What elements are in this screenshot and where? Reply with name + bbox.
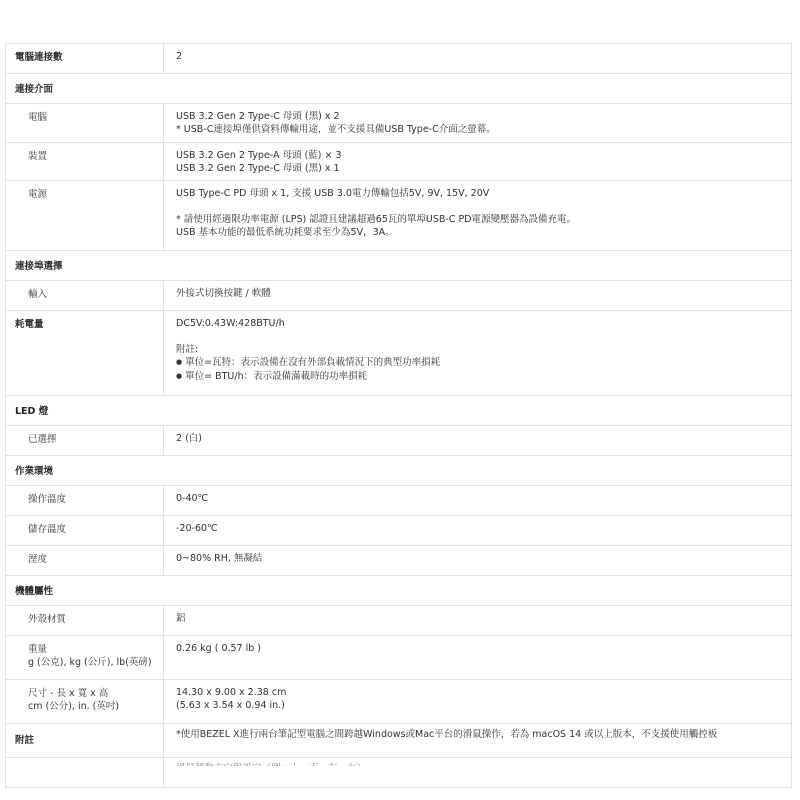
value-line: USB Type-C PD 母頭 x 1, 支援 USB 3.0電力傳輸包括5V… (176, 187, 791, 200)
row-label: 尺寸 - 長 x 寬 x 高 cm (公分), in. (英吋) (6, 680, 163, 713)
row-notes: 附註 *使用BEZEL X進行兩台筆記型電腦之間跨越Windows或Mac平台的… (6, 724, 792, 758)
row-op-temp: 操作溫度 0-40℃ (6, 486, 792, 516)
label-sub: cm (公分), in. (英吋) (28, 700, 163, 713)
group-label: LED 燈 (6, 396, 791, 418)
row-label: 裝置 (6, 143, 163, 163)
row-label: 電腦 (6, 104, 163, 124)
row-value: USB 3.2 Gen 2 Type-A 母頭 (藍) × 3 USB 3.2 … (164, 143, 791, 175)
group-physical: 機體屬性 (6, 576, 792, 606)
row-label: 重量 g (公克), kg (公斤), lb(英磅) (6, 636, 163, 669)
group-label: 作業環境 (6, 456, 791, 478)
row-value: DC5V:0.43W:428BTU/h 附註: 單位=瓦特：表示設備在沒有外部負… (164, 311, 791, 384)
value-line: 14.30 x 9.00 x 2.38 cm (176, 686, 791, 699)
value-line: * USB-C連接埠僅供資料傳輸用途，並不支援具備USB Type-C介面之螢幕… (176, 123, 791, 136)
value-line: * 請使用經過限功率電源 (LPS) 認證且建議超過65瓦的單埠USB-C PD… (176, 213, 791, 226)
row-label: 儲存溫度 (6, 516, 163, 536)
row-value: 0-40℃ (164, 486, 791, 505)
row-label: 電源 (6, 181, 163, 201)
value-line: USB 3.2 Gen 2 Type-C 母頭 (黑) x 1 (176, 162, 791, 175)
row-value: *使用BEZEL X進行兩台筆記型電腦之間跨越Windows或Mac平台的滑鼠操… (164, 724, 791, 741)
label-main: 尺寸 - 長 x 寬 x 高 (28, 687, 163, 700)
group-label: 連接介面 (6, 74, 791, 96)
row-dimensions: 尺寸 - 長 x 寬 x 高 cm (公分), in. (英吋) 14.30 x… (6, 680, 792, 724)
spec-table: 電腦連接數 2 連接介面 電腦 USB 3.2 Gen 2 Type-C 母頭 … (5, 43, 792, 788)
row-input: 輸入 外接式切換按鍵 / 軟體 (6, 281, 792, 311)
row-label: 溼度 (6, 546, 163, 566)
row-value: 0.26 kg ( 0.57 lb ) (164, 636, 791, 655)
bullet-item: 單位= BTU/h：表示設備滿載時的功率損耗 (176, 370, 791, 384)
row-label: 輸入 (6, 281, 163, 301)
row-label: 外殼材質 (6, 606, 163, 626)
row-humidity: 溼度 0~80% RH, 無凝結 (6, 546, 792, 576)
row-value: 2 (白) (164, 426, 791, 445)
group-label: 機體屬性 (6, 576, 791, 598)
row-label: 電腦連接數 (6, 44, 163, 64)
label-main: 重量 (28, 643, 163, 656)
row-computer: 電腦 USB 3.2 Gen 2 Type-C 母頭 (黑) x 2 * USB… (6, 104, 792, 143)
group-interface: 連接介面 (6, 74, 792, 104)
row-notes-continued: 滑鼠移動方向與設定（例：上、下、左、右） (6, 758, 792, 788)
value-line: (5.63 x 3.54 x 0.94 in.) (176, 699, 791, 712)
note-title: 附註: (176, 343, 791, 356)
row-label: 操作溫度 (6, 486, 163, 506)
row-storage-temp: 儲存溫度 -20-60℃ (6, 516, 792, 546)
value-line: USB 基本功能的最低系統功耗要求至少為5V，3A。 (176, 226, 791, 239)
row-value: USB Type-C PD 母頭 x 1, 支援 USB 3.0電力傳輸包括5V… (164, 181, 791, 239)
row-value: 外接式切換按鍵 / 軟體 (164, 281, 791, 300)
row-value: 14.30 x 9.00 x 2.38 cm (5.63 x 3.54 x 0.… (164, 680, 791, 712)
row-value: -20-60℃ (164, 516, 791, 535)
row-value: 2 (164, 44, 791, 63)
row-computer-count: 電腦連接數 2 (6, 44, 792, 74)
row-value: 0~80% RH, 無凝結 (164, 546, 791, 565)
row-power-consumption: 耗電量 DC5V:0.43W:428BTU/h 附註: 單位=瓦特：表示設備在沒… (6, 311, 792, 396)
row-housing: 外殼材質 鋁 (6, 606, 792, 636)
row-value: USB 3.2 Gen 2 Type-C 母頭 (黑) x 2 * USB-C連… (164, 104, 791, 136)
row-power: 電源 USB Type-C PD 母頭 x 1, 支援 USB 3.0電力傳輸包… (6, 181, 792, 251)
row-selected: 已選擇 2 (白) (6, 426, 792, 456)
label-sub: g (公克), kg (公斤), lb(英磅) (28, 656, 163, 669)
row-label: 附註 (6, 724, 163, 747)
row-label: 耗電量 (6, 311, 163, 331)
group-label: 連接埠選擇 (6, 251, 791, 273)
row-weight: 重量 g (公克), kg (公斤), lb(英磅) 0.26 kg ( 0.5… (6, 636, 792, 680)
group-port-select: 連接埠選擇 (6, 251, 792, 281)
value-line-partial: 滑鼠移動方向與設定（例：上、下、左、右） (176, 762, 791, 766)
value-line: USB 3.2 Gen 2 Type-A 母頭 (藍) × 3 (176, 149, 791, 162)
value-line: DC5V:0.43W:428BTU/h (176, 317, 791, 330)
row-value: 鋁 (164, 606, 791, 625)
group-environment: 作業環境 (6, 456, 792, 486)
value-line: USB 3.2 Gen 2 Type-C 母頭 (黑) x 2 (176, 110, 791, 123)
row-label: 已選擇 (6, 426, 163, 446)
group-led: LED 燈 (6, 396, 792, 426)
bullet-item: 單位=瓦特：表示設備在沒有外部負載情況下的典型功率損耗 (176, 356, 791, 370)
row-device: 裝置 USB 3.2 Gen 2 Type-A 母頭 (藍) × 3 USB 3… (6, 143, 792, 181)
